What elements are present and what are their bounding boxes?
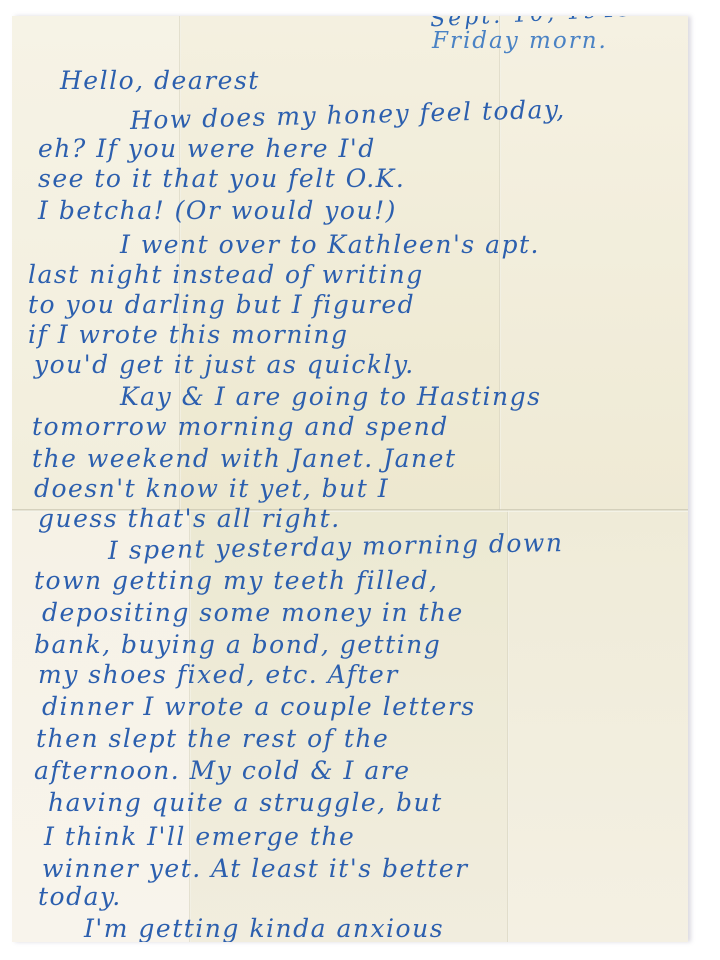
letter-day: Friday morn. [432,28,608,54]
salutation: Hello, dearest [60,66,260,95]
letter-line: the weekend with Janet. Janet [32,444,457,473]
letter-line: I think I'll emerge the [44,822,355,851]
letter-line: tomorrow morning and spend [32,412,449,441]
letter-line: see to it that you felt O.K. [38,164,405,193]
scan-background: Sept. 10, 1943 Friday morn. Hello, deare… [0,0,720,960]
letter-line: afternoon. My cold & I are [34,756,411,785]
letter-line: eh? If you were here I'd [38,134,376,163]
letter-line: How does my honey feel today, [130,95,566,135]
letter-line: bank, buying a bond, getting [34,630,441,659]
letter-line: guess that's all right. [38,504,341,533]
letter-line: winner yet. At least it's better [42,854,469,883]
letter-line: Kay & I are going to Hastings [120,382,541,411]
letter-line: my shoes fixed, etc. After [38,660,399,689]
letter-line: if I wrote this morning [28,320,349,349]
letter-line: I went over to Kathleen's apt. [120,230,540,259]
letter-line: town getting my teeth filled, [34,566,438,595]
letter-body: Sept. 10, 1943 Friday morn. Hello, deare… [12,16,688,942]
letter-line: dinner I wrote a couple letters [42,692,476,721]
letter-line: then slept the rest of the [36,724,389,753]
letter-line: to you darling but I figured [28,290,415,319]
letter-line: doesn't know it yet, but I [34,474,389,503]
letter-line: you'd get it just as quickly. [34,350,415,379]
letter-line: I'm getting kinda anxious [84,914,444,942]
letter-paper: Sept. 10, 1943 Friday morn. Hello, deare… [12,16,688,942]
letter-line: last night instead of writing [28,260,424,289]
letter-line: today. [38,882,122,911]
letter-line: depositing some money in the [42,598,464,627]
letter-line: having quite a struggle, but [48,788,443,817]
letter-line: I spent yesterday morning down [108,528,564,565]
letter-line: I betcha! (Or would you!) [38,196,397,225]
